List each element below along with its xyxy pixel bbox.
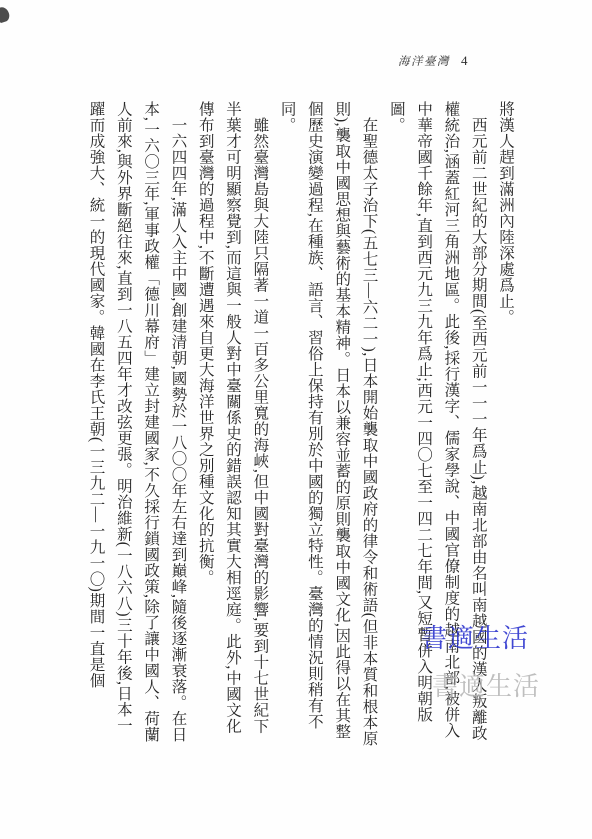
book-title: 海洋臺灣 [398, 53, 450, 69]
scan-speck-artifact [0, 6, 11, 24]
book-page: 海洋臺灣 4 將漢人趕到滿洲內陸深處爲止。 西元前二世紀的大部分期間(至西元前一… [0, 0, 592, 839]
paragraph-vietnam: 西元前二世紀的大部分期間(至西元前一一一年爲止),越南北部由名叫南越國的漢人叛離… [383, 101, 492, 749]
paragraph-qing-tokugawa: 一六四四年,滿人入主中國,創建清朝,國勢於一八〇〇年左右達到巔峰,隨後逐漸衰落。… [82, 101, 191, 749]
running-header: 海洋臺灣 4 [398, 53, 468, 69]
paragraph-japan-shotoku: 在聖德太子治下(五七三—六二一),日本開始襲取中國政府的律令和術語(但非本質和根… [273, 101, 382, 749]
vertical-text-body: 將漢人趕到滿洲內陸深處爲止。 西元前二世紀的大部分期間(至西元前一一一年爲止),… [82, 101, 519, 749]
paragraph-continuation: 將漢人趕到滿洲內陸深處爲止。 [492, 101, 519, 749]
page-number: 4 [461, 53, 468, 69]
paragraph-taiwan-strait: 雖然臺灣島與大陸只隔著一道一百多公里寬的海峽,但中國對臺灣的影響,要到十七世紀下… [191, 101, 273, 749]
